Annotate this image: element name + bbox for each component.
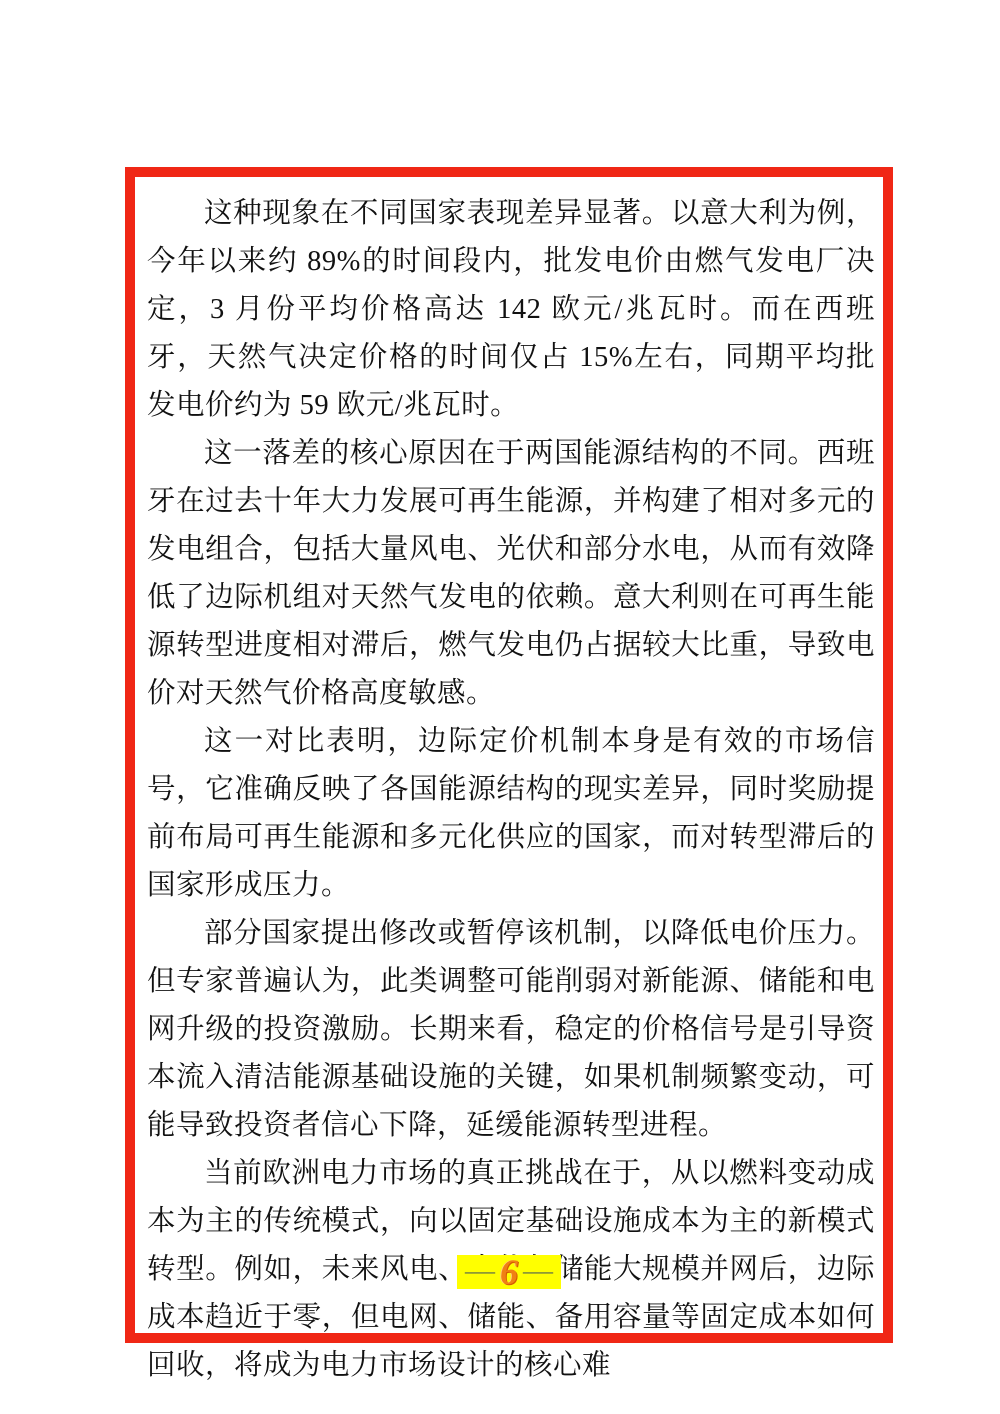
document-border-frame: 这种现象在不同国家表现差异显著。以意大利为例，今年以来约 89%的时间段内，批发… xyxy=(125,167,893,1343)
paragraph-2: 这一落差的核心原因在于两国能源结构的不同。西班牙在过去十年大力发展可再生能源，并… xyxy=(147,430,875,718)
footer-left-dash: — xyxy=(465,1264,495,1281)
paragraph-3: 这一对比表明，边际定价机制本身是有效的市场信号，它准确反映了各国能源结构的现实差… xyxy=(147,718,875,910)
paragraph-4: 部分国家提出修改或暂停该机制，以降低电价压力。但专家普遍认为，此类调整可能削弱对… xyxy=(147,910,875,1150)
page-number-footer: — 6 — xyxy=(457,1255,561,1289)
document-body: 这种现象在不同国家表现差异显著。以意大利为例，今年以来约 89%的时间段内，批发… xyxy=(147,190,875,1390)
page-number: 6 xyxy=(498,1254,520,1290)
paragraph-1: 这种现象在不同国家表现差异显著。以意大利为例，今年以来约 89%的时间段内，批发… xyxy=(147,190,875,430)
footer-right-dash: — xyxy=(523,1264,553,1281)
